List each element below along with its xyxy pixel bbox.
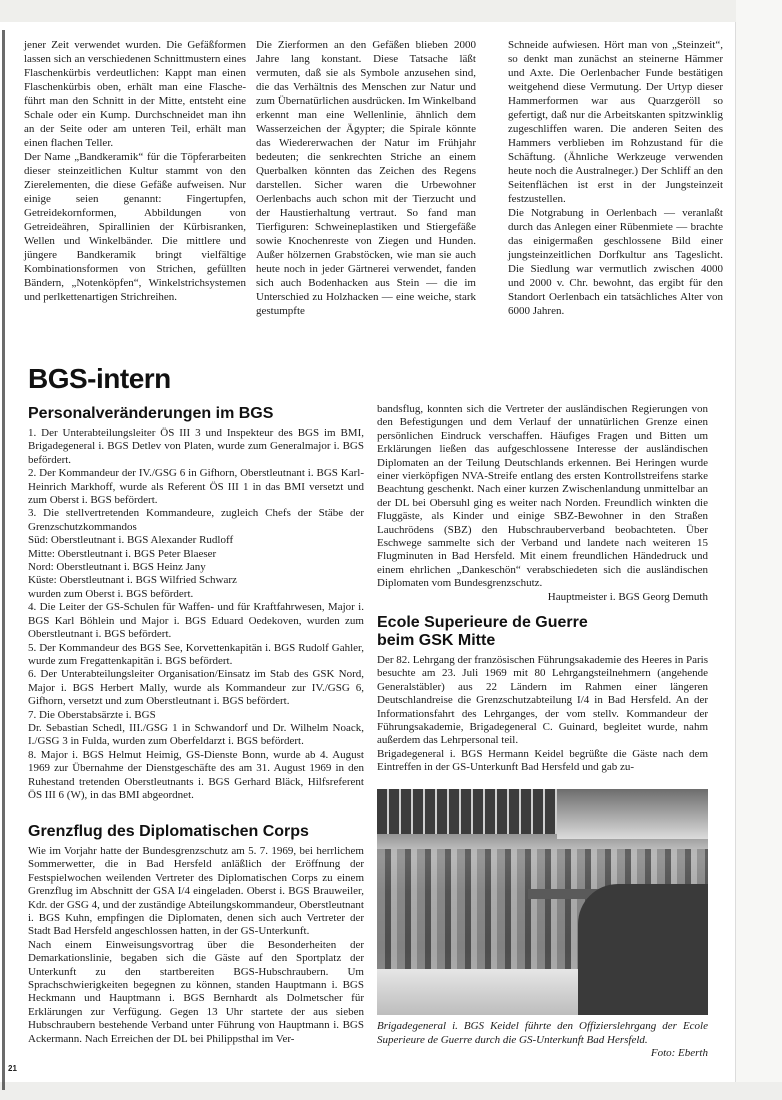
paragraph: Süd: Oberstleutnant i. BGS Alexander Rud…	[28, 534, 364, 547]
paragraph: Dr. Sebastian Schedl, III./GSG 1 in Schw…	[28, 722, 364, 749]
paragraph: Nord: Oberstleutnant i. BGS Heinz Jany	[28, 561, 364, 574]
paragraph: Mitte: Oberstleutnant i. BGS Peter Blaes…	[28, 548, 364, 561]
binding-edge	[2, 30, 5, 1090]
caption-text: Brigadegeneral i. BGS Keidel führte den …	[377, 1020, 708, 1046]
article-heading: Personalveränderungen im BGS	[28, 405, 364, 423]
section-title: BGS-intern	[28, 363, 171, 395]
top-article-column-2: Die Zierformen an den Gefäßen blieben 20…	[256, 38, 476, 318]
border-flight-continuation: bandsflug, konnten sich die Vertreter de…	[377, 403, 708, 604]
paragraph: Schneide aufwiesen. Hört man von „Steinz…	[508, 38, 723, 206]
paragraph: 7. Die Oberstabsärzte i. BGS	[28, 709, 364, 722]
paragraph: wurden zum Oberst i. BGS befördert.	[28, 588, 364, 601]
paragraph: Die Notgrabung in Oerlenbach — veranlaßt…	[508, 206, 723, 318]
scan-bottom-margin	[0, 1082, 782, 1100]
photo-tank	[578, 884, 708, 1015]
article-heading: beim GSK Mitte	[377, 632, 708, 650]
ecole-article: Ecole Superieure de Guerre beim GSK Mitt…	[377, 614, 708, 775]
top-article-column-3: Schneide aufwiesen. Hört man von „Steinz…	[508, 38, 723, 318]
paragraph: 5. Der Kommandeur des BGS See, Korvetten…	[28, 642, 364, 669]
news-photo	[377, 789, 708, 1015]
scan-top-margin	[0, 0, 782, 22]
paragraph: bandsflug, konnten sich die Vertreter de…	[377, 403, 708, 591]
paragraph: Wie im Vorjahr hatte der Bundesgrenzschu…	[28, 845, 364, 939]
photo-background	[557, 789, 708, 839]
page-number: 21	[8, 1064, 17, 1073]
paragraph: Brigadegeneral i. BGS Hermann Keidel beg…	[377, 748, 708, 775]
paragraph: Die Zierformen an den Gefäßen blieben 20…	[256, 38, 476, 318]
border-flight-article: Grenzflug des Diplomatischen Corps Wie i…	[28, 823, 364, 1046]
paragraph: Küste: Oberstleutnant i. BGS Wilfried Sc…	[28, 574, 364, 587]
paragraph: 6. Der Unterabteilungsleiter Organisatio…	[28, 668, 364, 708]
paragraph: 3. Die stellvertretenden Kommandeure, zu…	[28, 507, 364, 534]
paragraph: 4. Die Leiter der GS-Schulen für Waffen-…	[28, 601, 364, 641]
personal-changes-article: Personalveränderungen im BGS 1. Der Unte…	[28, 405, 364, 802]
photo-building	[377, 789, 557, 834]
photo-credit: Foto: Eberth	[377, 1047, 708, 1061]
paragraph: Der 82. Lehrgang der französischen Führu…	[377, 654, 708, 748]
scan-right-margin	[736, 0, 782, 1100]
paragraph: 2. Der Kommandeur der IV./GSG 6 in Gifho…	[28, 467, 364, 507]
paragraph: jener Zeit verwendet wurden. Die Gefäßfo…	[24, 38, 246, 150]
author-signature: Hauptmeister i. BGS Georg Demuth	[377, 591, 708, 604]
paragraph: 1. Der Unterabteilungsleiter ÖS III 3 un…	[28, 427, 364, 467]
paragraph: Nach einem Einweisungsvortrag über die B…	[28, 939, 364, 1046]
photo-caption: Brigadegeneral i. BGS Keidel führte den …	[377, 1020, 708, 1061]
paragraph: 8. Major i. BGS Helmut Heimig, GS-Dienst…	[28, 749, 364, 803]
paragraph: Der Name „Bandkeramik“ für die Töpferarb…	[24, 150, 246, 304]
top-article-column-1: jener Zeit verwendet wurden. Die Gefäßfo…	[24, 38, 246, 304]
article-heading: Ecole Superieure de Guerre	[377, 614, 708, 632]
article-heading: Grenzflug des Diplomatischen Corps	[28, 823, 364, 841]
